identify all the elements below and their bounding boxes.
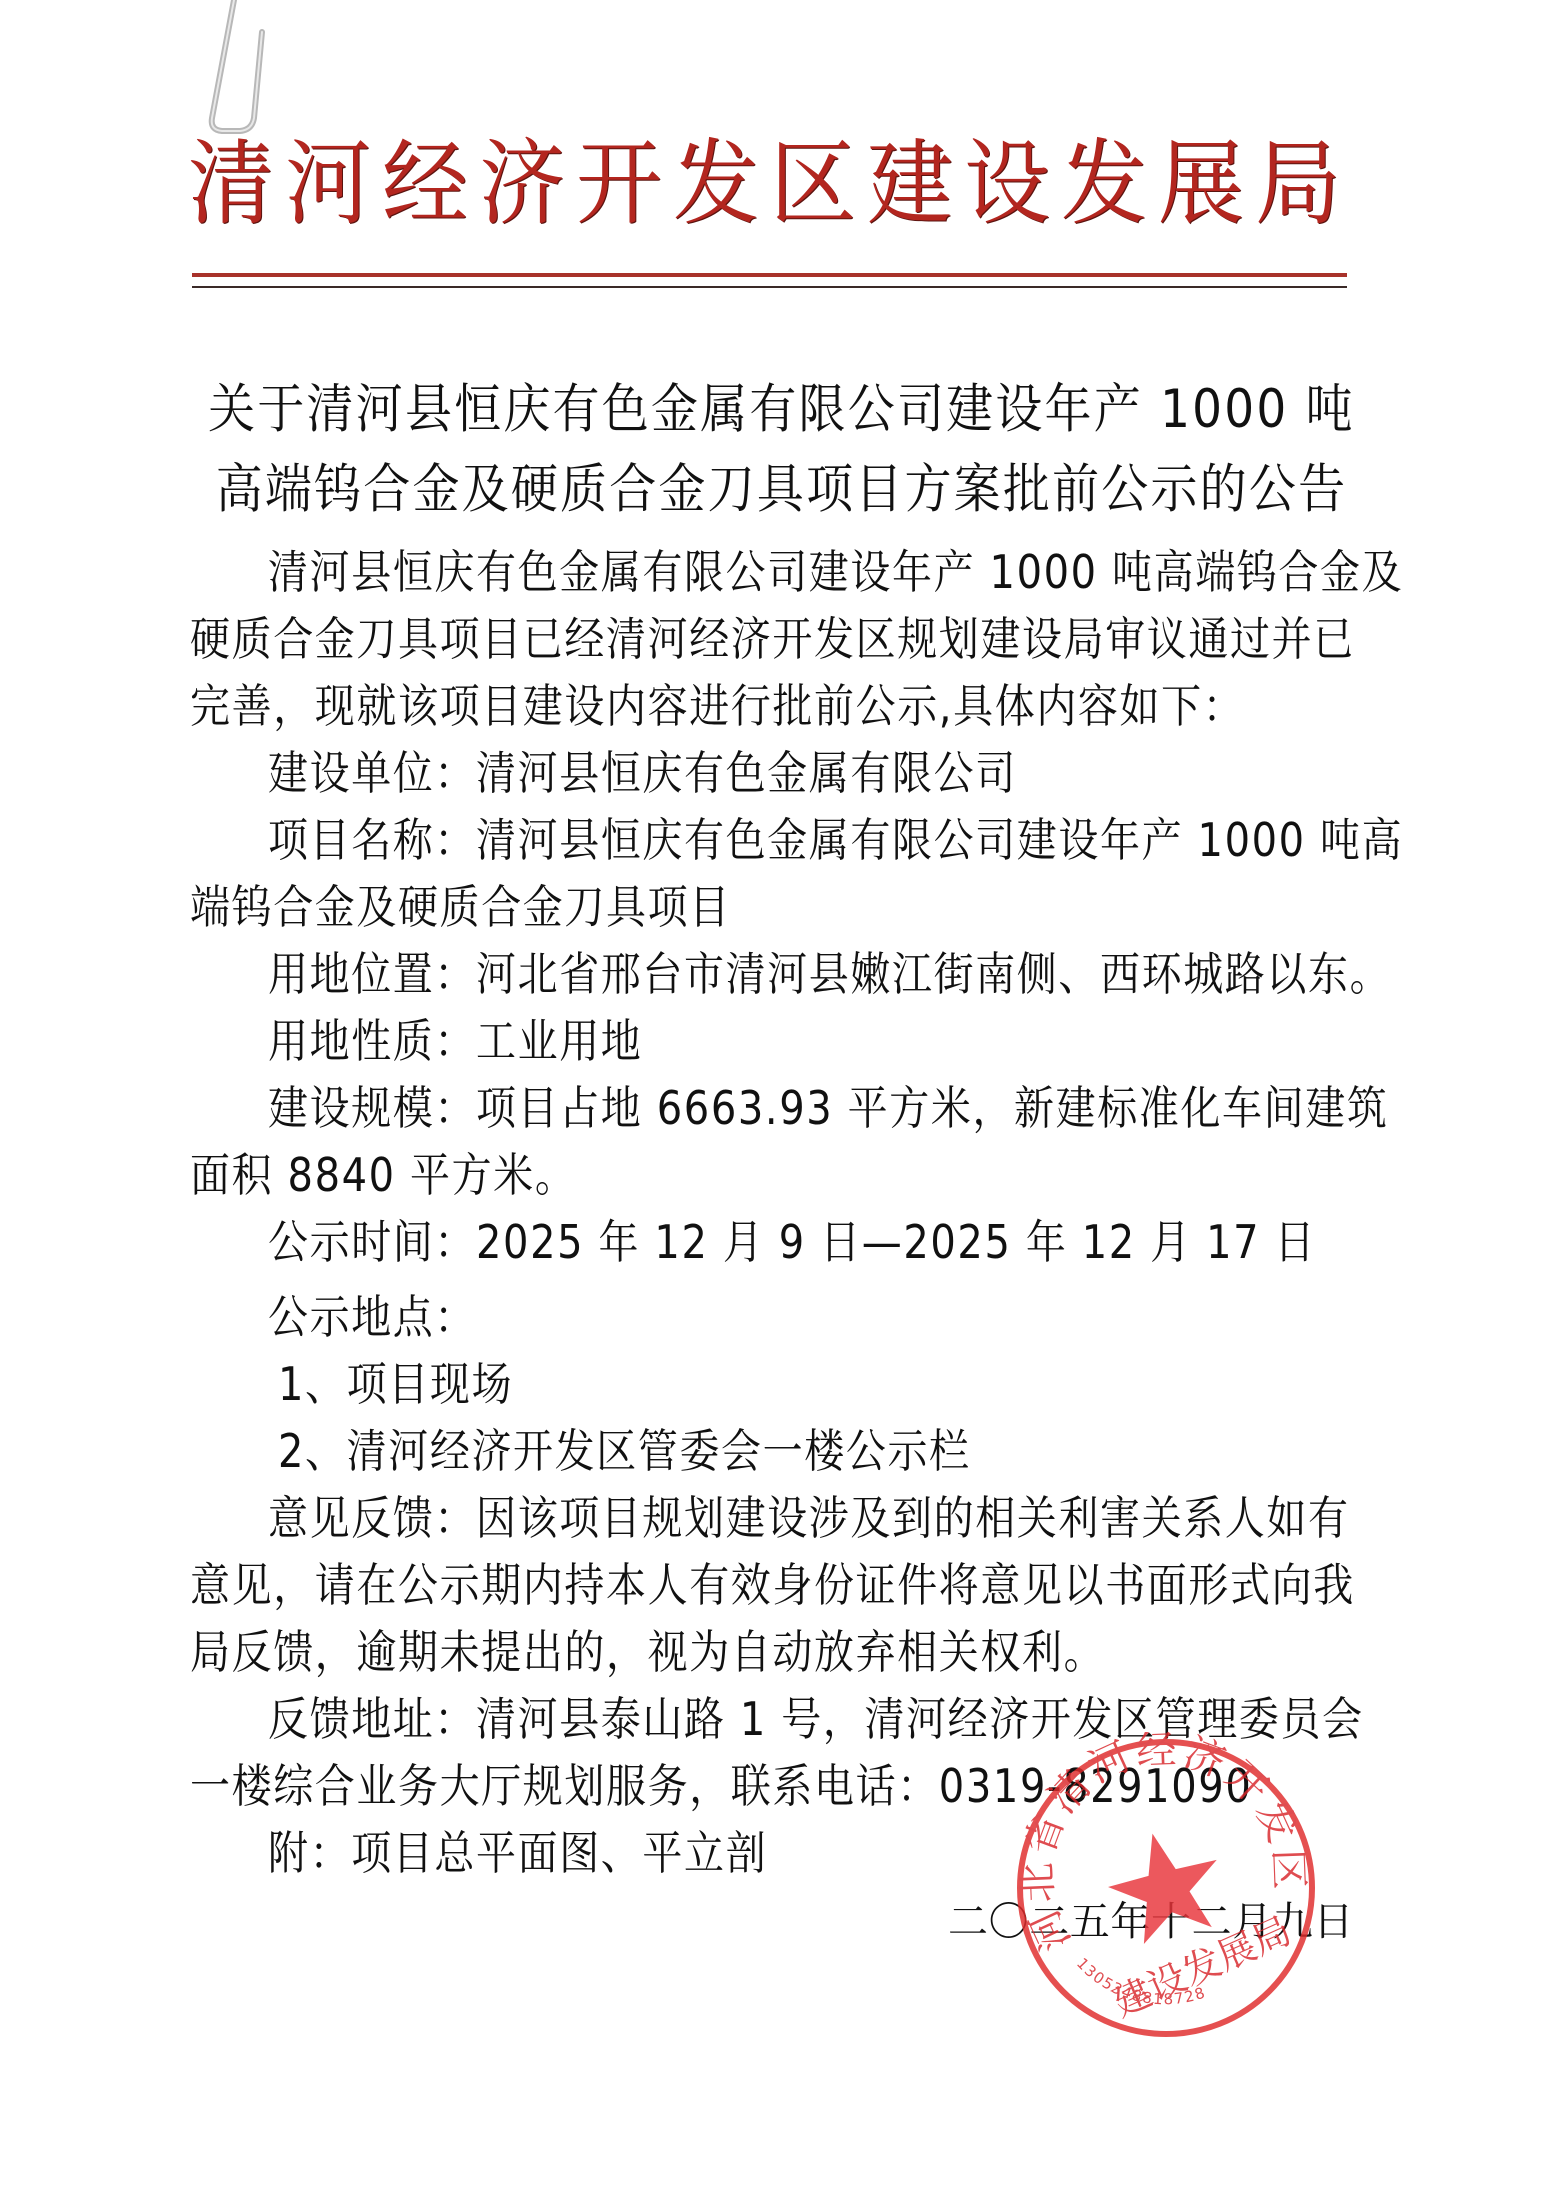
- intro-line-3: 完善，现就该项目建设内容进行批前公示,具体内容如下：: [190, 669, 1380, 746]
- org-letterhead: 清河经济开发区建设发展局: [188, 128, 1363, 240]
- project-name-line-1: 项目名称：清河县恒庆有色金属有限公司建设年产 1000 吨高: [190, 803, 1380, 880]
- intro-line-1: 清河县恒庆有色金属有限公司建设年产 1000 吨高端钨合金及: [190, 535, 1380, 612]
- document-title: 关于清河县恒庆有色金属有限公司建设年产 1000 吨 高端钨合金及硬质合金刀具项…: [0, 370, 1563, 530]
- publicity-place-item: 2、清河经济开发区管委会一楼公示栏: [190, 1414, 1380, 1491]
- feedback-line-3: 局反馈，逾期未提出的，视为自动放弃相关权利。: [190, 1615, 1380, 1692]
- publicity-place-item: 1、项目现场: [190, 1347, 1380, 1424]
- letterhead-red-rule: [192, 273, 1347, 277]
- letterhead-black-rule: [192, 286, 1347, 288]
- feedback-line-1: 意见反馈：因该项目规划建设涉及到的相关利害关系人如有: [190, 1481, 1380, 1558]
- construction-scale-line-2: 面积 8840 平方米。: [190, 1138, 1380, 1215]
- paperclip-icon: [196, 0, 276, 140]
- land-location: 用地位置：河北省邢台市清河县嫩江街南侧、西环城路以东。: [190, 937, 1380, 1014]
- official-seal: 河北省清河经济开发区 建设发展局 1305348818728: [1010, 1732, 1322, 2044]
- intro-line-2: 硬质合金刀具项目已经清河经济开发区规划建设局审议通过并已: [190, 602, 1380, 679]
- construction-unit: 建设单位：清河县恒庆有色金属有限公司: [190, 736, 1380, 813]
- construction-scale-line-1: 建设规模：项目占地 6663.93 平方米，新建标准化车间建筑: [190, 1071, 1380, 1148]
- land-nature: 用地性质：工业用地: [190, 1004, 1380, 1081]
- title-line-1: 关于清河县恒庆有色金属有限公司建设年产 1000 吨: [0, 365, 1563, 455]
- feedback-line-2: 意见，请在公示期内持本人有效身份证件将意见以书面形式向我: [190, 1548, 1380, 1625]
- document-body: 清河县恒庆有色金属有限公司建设年产 1000 吨高端钨合金及 硬质合金刀具项目已…: [190, 540, 1380, 1888]
- publicity-period: 公示时间：2025 年 12 月 9 日—2025 年 12 月 17 日: [190, 1205, 1380, 1282]
- project-name-line-2: 端钨合金及硬质合金刀具项目: [190, 870, 1380, 947]
- seal-center-text: 建设发展局: [1106, 1908, 1297, 2025]
- title-line-2: 高端钨合金及硬质合金刀具项目方案批前公示的公告: [0, 445, 1563, 535]
- star-icon: [1098, 1820, 1232, 1949]
- publicity-places-label: 公示地点：: [190, 1280, 1380, 1357]
